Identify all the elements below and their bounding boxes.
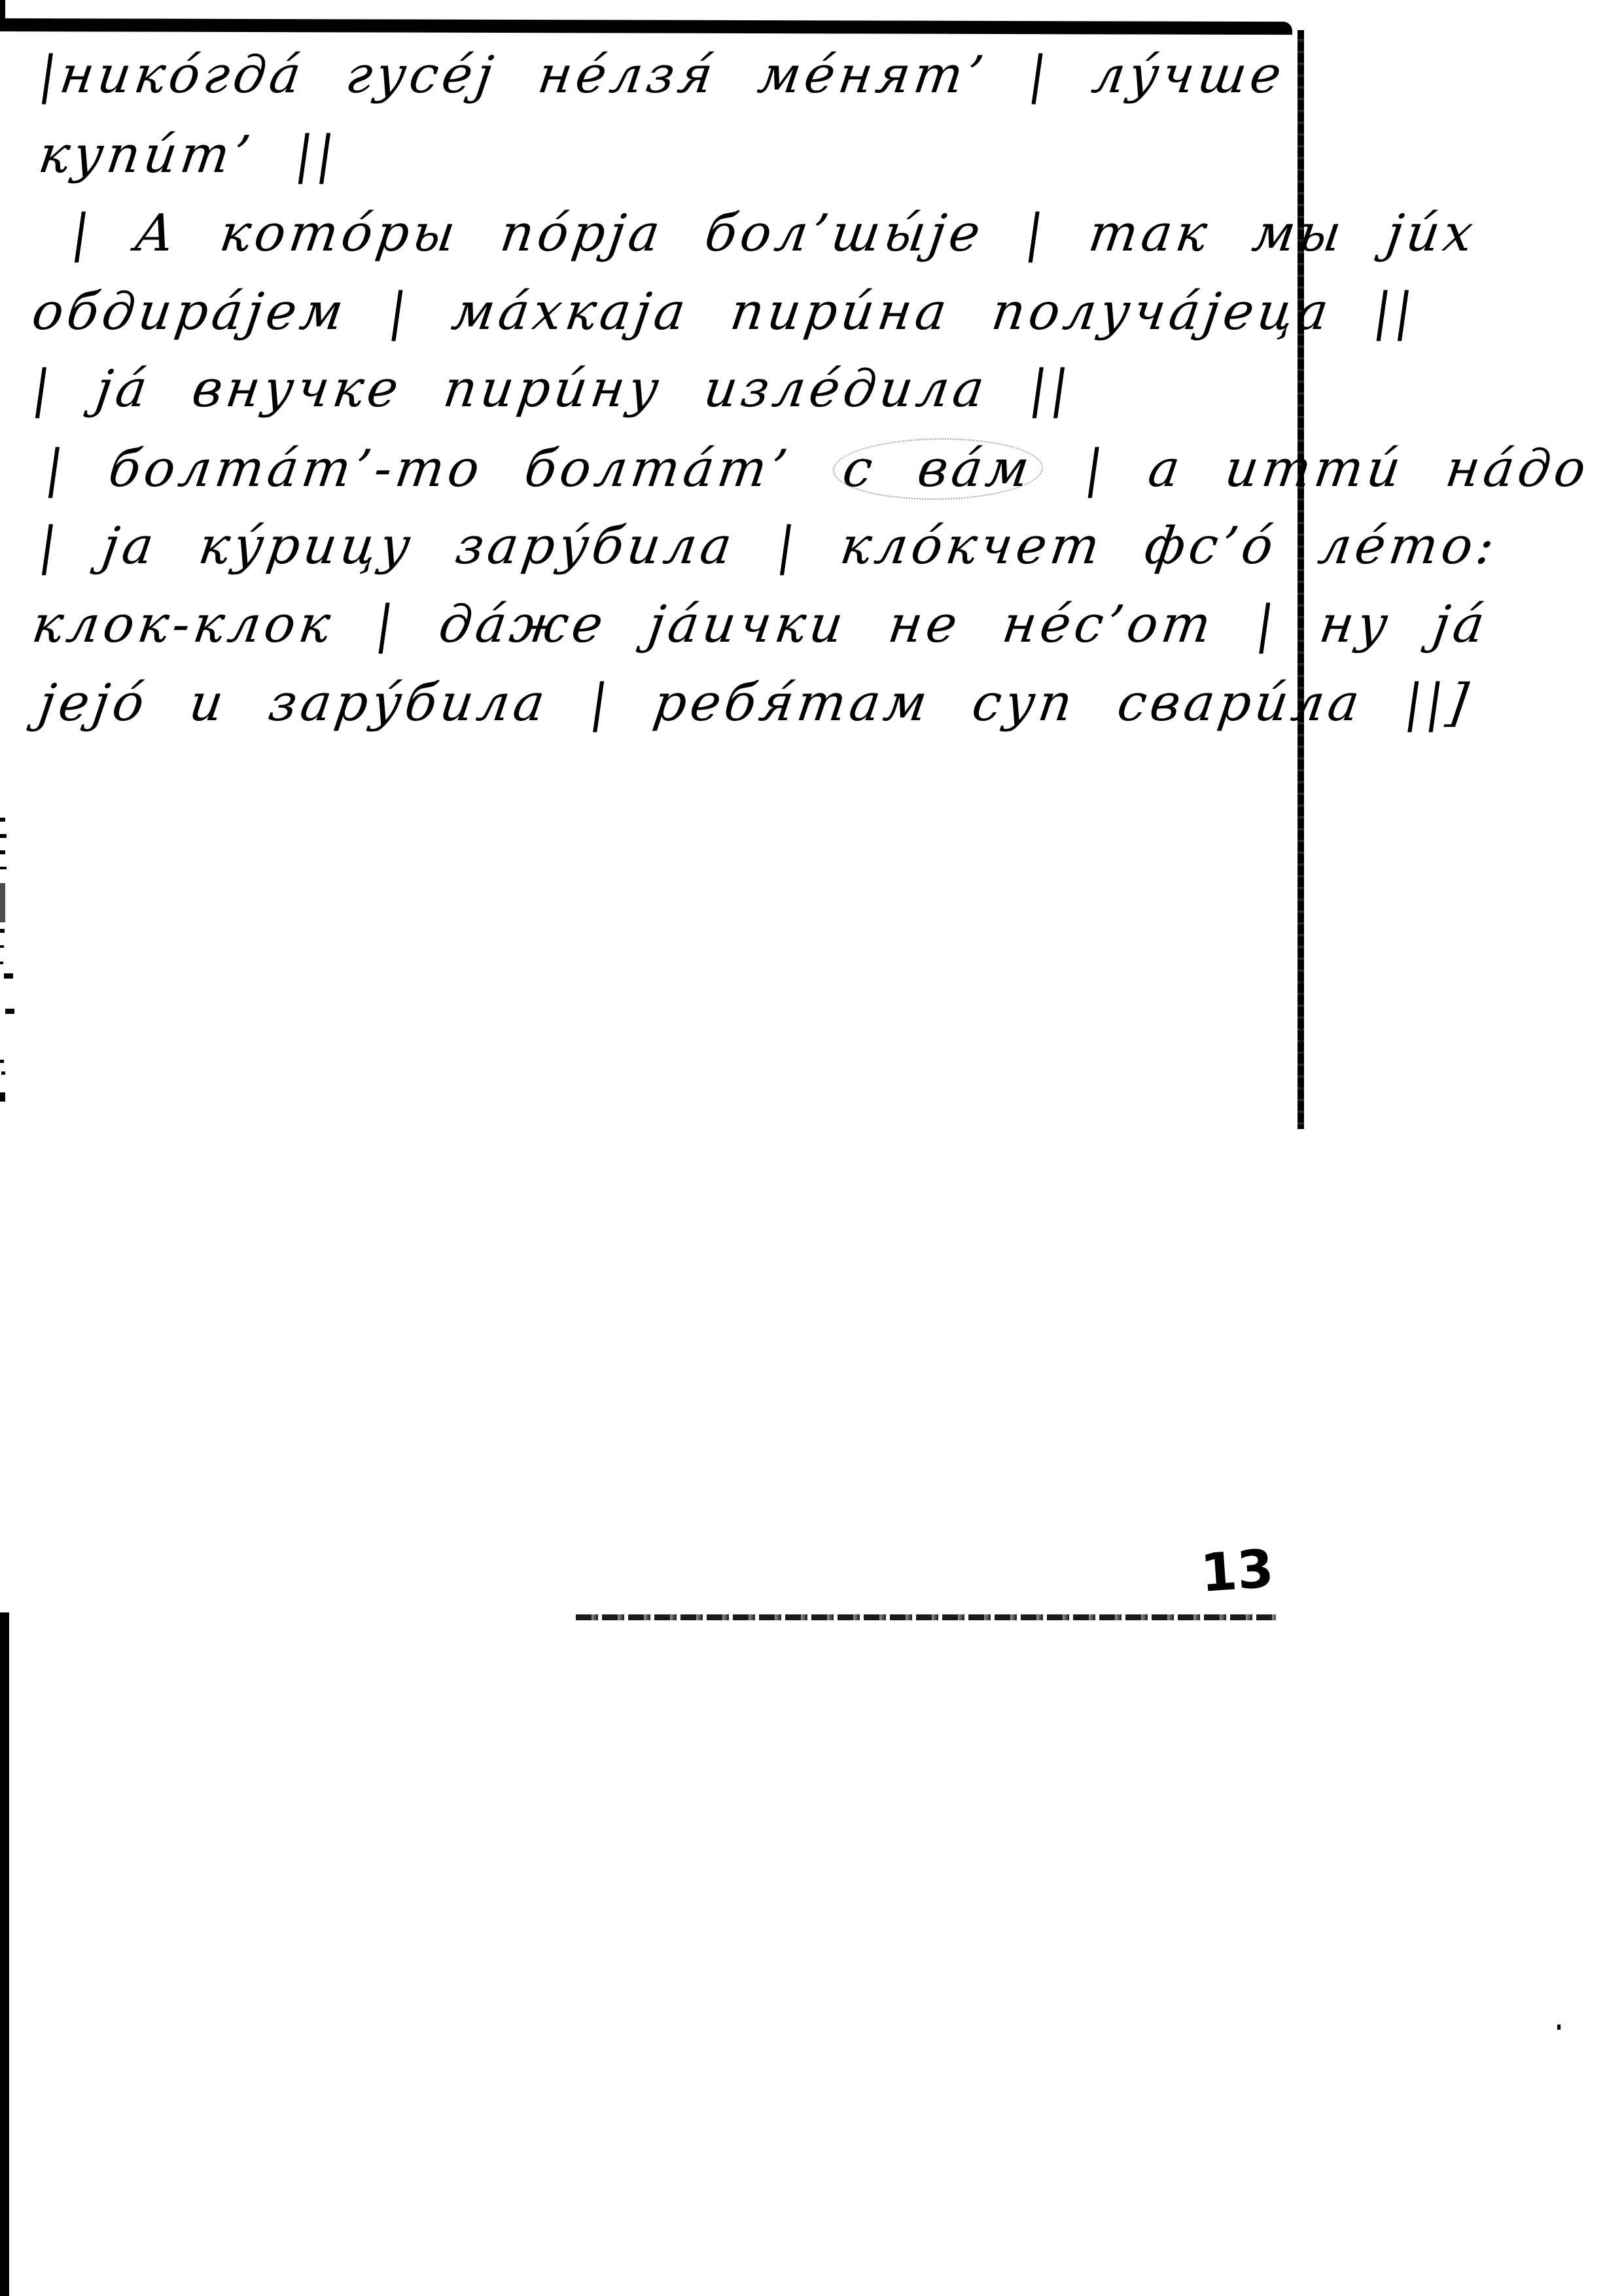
- text-line-7: | jа ку́рицу зару́била | кло́кчет фс’о́ …: [35, 517, 1502, 576]
- bottom-rule-line: [576, 1614, 1276, 1620]
- scan-speck: [1557, 2025, 1561, 2030]
- text-line-6-part-2: | а итти́ на́до ||: [1081, 440, 1607, 498]
- text-line-8: клок-клок | да́же jа́ички не не́с’от | н…: [29, 595, 1492, 654]
- text-line-1: |нико́гда́ гусе́j не́лзя́ ме́нят’ | лу́ч…: [35, 46, 1289, 105]
- text-line-5: | jа́ внучке пири́ну изле́дила ||: [29, 360, 1076, 419]
- circled-phrase: с ва́м: [828, 438, 1047, 500]
- text-line-4: обдира́jем | ма́хкаjа пири́на получа́jец…: [29, 283, 1421, 341]
- left-margin-specks: [0, 798, 20, 1518]
- text-line-6: | болта́т’-то болта́т’ с ва́м | а итти́ …: [41, 438, 1607, 500]
- text-line-2: купи́т’ ||: [35, 126, 342, 184]
- page-right-border-fade: [1301, 981, 1303, 1099]
- text-line-6-part-1: | болта́т’-то болта́т’: [42, 440, 795, 498]
- text-line-9: jejо́ и зару́била | рeбя́там суп свари́л…: [35, 674, 1475, 733]
- scan-left-bar: [0, 1612, 9, 2296]
- page-right-border: [1298, 30, 1304, 1129]
- text-line-3: | А кото́ры по́рjа бол’шы́jе | так мы jи…: [68, 204, 1481, 263]
- page-number: 13: [1199, 1538, 1276, 1604]
- page-top-border: [0, 18, 1292, 35]
